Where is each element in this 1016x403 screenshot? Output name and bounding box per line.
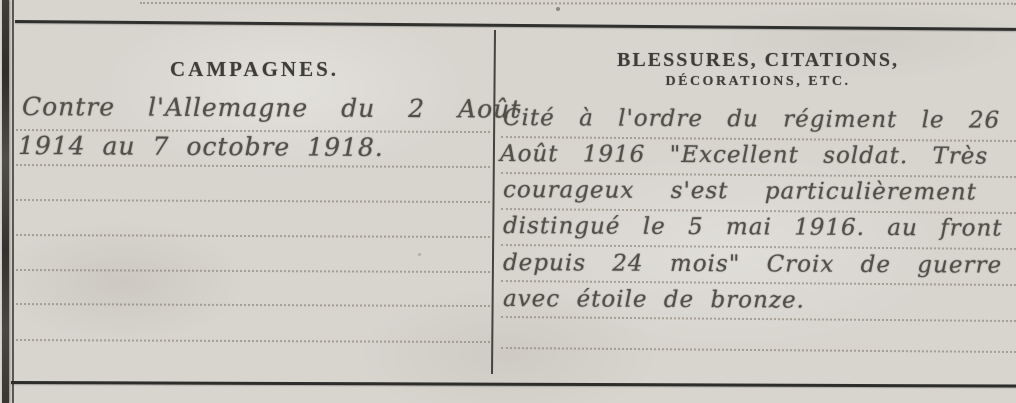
- citation-handwriting-line: courageux s'est particulièrement: [503, 177, 977, 205]
- ruled-line: [501, 347, 1016, 353]
- citation-handwriting-line: depuis 24 mois" Croix de guerre: [503, 250, 1002, 279]
- citation-handwriting-line: Août 1916 "Excellent soldat. Très: [500, 141, 988, 170]
- campagnes-header: CAMPAGNES.: [16, 57, 493, 82]
- paper-speck: [418, 253, 421, 256]
- campagnes-handwriting-line: Contre l'Allemagne du 2 Août: [22, 92, 521, 124]
- ruled-line: [16, 199, 490, 203]
- paper-speck: [556, 7, 560, 11]
- ruled-line: [16, 164, 490, 168]
- left-border-line: [12, 0, 14, 403]
- citation-handwriting-line: Cité à l'ordre du régiment le 26: [503, 105, 1000, 134]
- top-edge-dotted-line: [140, 2, 1016, 5]
- ruled-line: [16, 234, 490, 238]
- blessures-header-line2: DÉCORATIONS, ETC.: [500, 74, 1016, 90]
- bottom-border-line: [11, 381, 1016, 388]
- military-record-page: CAMPAGNES. Contre l'Allemagne du 2 Août …: [0, 0, 1016, 403]
- ruled-line: [16, 339, 490, 343]
- ruled-line: [16, 269, 490, 273]
- top-border-line: [15, 20, 1016, 31]
- citation-handwriting-line: avec étoile de bronze.: [503, 286, 805, 314]
- ruled-line: [501, 280, 1016, 286]
- ruled-line: [16, 303, 490, 307]
- ruled-line: [501, 244, 1016, 250]
- blessures-header-line1: BLESSURES, CITATIONS,: [500, 49, 1016, 72]
- campagnes-handwriting-line: 1914 au 7 octobre 1918.: [18, 131, 384, 162]
- page-binding-edge: [2, 0, 9, 403]
- ruled-line: [501, 316, 1016, 322]
- citation-handwriting-line: distingué le 5 mai 1916. au front: [503, 213, 1003, 242]
